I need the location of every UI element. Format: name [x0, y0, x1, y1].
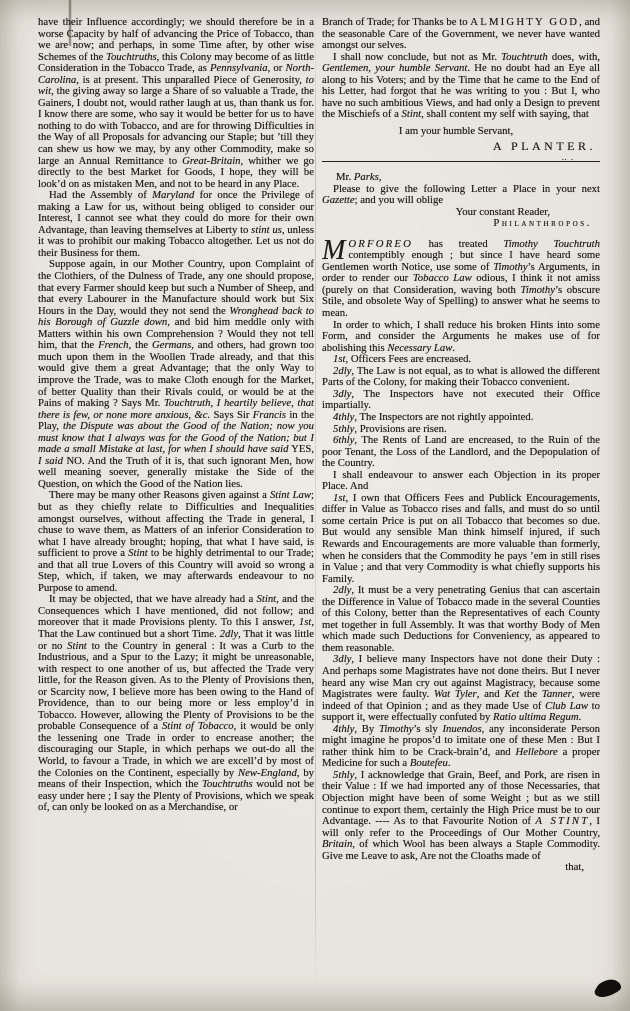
- text-run: 1st: [333, 353, 345, 365]
- text-run: , shall content my self with saying, tha…: [421, 108, 589, 120]
- text-run: Gentlemen, your humble Servant: [322, 62, 467, 74]
- answer-item: 2dly, It must be a very penetrating Geni…: [322, 585, 600, 654]
- text-run: I shall endeavour to answer each Objecti…: [322, 469, 600, 493]
- right-column: Branch of Trade; for Thanks be to ALMIGH…: [322, 17, 600, 997]
- text-run: Hellebore: [515, 746, 557, 758]
- text-run: 5thly: [333, 423, 354, 435]
- text-run: Club Law: [545, 700, 588, 712]
- letter-opening: MORFOREO has treated Timothy Touchtruth …: [322, 239, 600, 320]
- newspaper-page: have their Influence accordingly; we sho…: [0, 0, 630, 1011]
- text-run: does, with,: [548, 51, 600, 63]
- text-run: .: [448, 757, 451, 769]
- text-run: Branch of Trade; for Thanks be to: [322, 17, 470, 28]
- drop-cap: M: [322, 240, 345, 261]
- text-run: Ratio ultima Regum: [493, 711, 579, 723]
- text-run: , or: [268, 62, 286, 74]
- text-run: Stint: [67, 640, 87, 652]
- text-run: .: [452, 342, 455, 354]
- text-run: the: [519, 688, 542, 700]
- text-run: ; and you will oblige: [355, 194, 443, 206]
- text-run: Touchtruth: [501, 51, 548, 63]
- text-run: Great-Britain: [182, 155, 240, 167]
- answer-item: 1st, I own that Officers Fees and Public…: [322, 493, 600, 585]
- text-run: ,: [379, 171, 382, 183]
- text-run: Touchtruth: [164, 397, 211, 409]
- text-run: Timothy Touchtruth: [503, 238, 600, 250]
- text-run: , Officers Fees are encreased.: [345, 353, 471, 365]
- paragraph: I shall now conclude, but not as Mr. Tou…: [322, 52, 600, 121]
- text-run: 1st: [333, 492, 345, 504]
- paragraph: Suppose again, in our Mother Country, up…: [38, 259, 314, 490]
- text-run: stint us: [251, 224, 282, 236]
- closing-salutation: I am your humble Servant,: [322, 126, 590, 138]
- text-run: Britain: [322, 838, 352, 850]
- pseudonym-signature: Philanthropos.: [322, 218, 600, 230]
- text-run: 4thly: [333, 411, 354, 423]
- answer-item: 4thly, By Timothy’s sly Inuendos, any in…: [322, 724, 600, 770]
- text-run: , It must be a very penetrating Genius t…: [322, 584, 600, 654]
- left-column-text: have their Influence accordingly; we sho…: [38, 17, 314, 814]
- column-divider-rule: [315, 10, 316, 1001]
- text-run: Stint: [402, 108, 422, 120]
- section-divider-rule: ‥ .: [322, 161, 600, 162]
- text-run: Pennsylvania: [210, 62, 268, 74]
- text-run: , of which Wool has been always a Staple…: [322, 838, 600, 862]
- paragraph: have their Influence accordingly; we sho…: [38, 17, 314, 190]
- text-run: Necessary Law: [387, 342, 452, 354]
- text-run: New-England: [238, 767, 297, 779]
- text-run: Maryland: [152, 189, 194, 201]
- text-run: 2dly: [333, 584, 351, 596]
- text-run: 1st: [299, 616, 311, 628]
- text-run: NO. And the Truth of it is, that such ig…: [38, 455, 314, 490]
- text-run: ALMIGHTY GOD: [470, 17, 579, 28]
- text-run: 4thly: [333, 723, 354, 735]
- text-run: , The Rents of Land are encreased, to th…: [322, 434, 600, 469]
- paragraph: Please to give the following Letter a Pl…: [322, 184, 600, 207]
- text-run: ’s sly: [413, 723, 442, 735]
- text-run: 3dly: [333, 388, 351, 400]
- text-run: , By: [354, 723, 379, 735]
- text-run: Parks: [354, 171, 379, 183]
- text-run: to the Country in general : It was a Cur…: [38, 640, 314, 733]
- text-run: Says Sir: [210, 409, 253, 421]
- text-run: French: [98, 339, 128, 351]
- text-run: Mr.: [336, 171, 354, 183]
- text-run: 2dly: [220, 628, 238, 640]
- left-column: have their Influence accordingly; we sho…: [38, 17, 314, 997]
- text-run: , The Inspectors have not executed their…: [322, 388, 600, 412]
- text-run: Timothy: [493, 261, 527, 273]
- text-run: Touchtruths: [202, 778, 253, 790]
- text-run: , The Inspectors are not rightly appoint…: [354, 411, 533, 423]
- text-run: ORFOREO: [348, 238, 413, 250]
- text-run: , and: [477, 688, 505, 700]
- text-run: Ket: [504, 688, 519, 700]
- text-run: Had the Assembly of: [49, 189, 152, 201]
- text-run: A STINT: [535, 815, 589, 827]
- text-run: has treated: [413, 238, 503, 250]
- text-run: Stint of Tobacco: [162, 720, 234, 732]
- text-run: , is at present. This unparalled Piece o…: [76, 74, 305, 86]
- text-run: , The Law is not equal, as to what is al…: [322, 365, 600, 389]
- text-run: Your constant Reader,: [456, 206, 550, 218]
- objection-item: 2dly, The Law is not equal, as to what i…: [322, 366, 600, 389]
- text-run: .: [579, 711, 582, 723]
- answer-item: 5thly, I acknowledge that Grain, Beef, a…: [322, 770, 600, 862]
- paragraph: Had the Assembly of Maryland for once th…: [38, 190, 314, 259]
- text-run: 3dly: [333, 653, 351, 665]
- text-run: 6thly: [333, 434, 354, 446]
- paragraph: In order to which, I shall reduce his br…: [322, 320, 600, 355]
- text-run: , Provisions are risen.: [354, 423, 446, 435]
- text-run: Gazette: [322, 194, 355, 206]
- paragraph: It may be objected, that we have already…: [38, 594, 314, 813]
- text-run: Inuendos: [442, 723, 481, 735]
- text-run: Boutefeu: [410, 757, 448, 769]
- paragraph: I shall endeavour to answer each Objecti…: [322, 470, 600, 493]
- objection-item: 3dly, The Inspectors have not executed t…: [322, 389, 600, 412]
- text-run: Stint Law: [270, 489, 311, 501]
- answer-item: 3dly, I believe many Inspectors have not…: [322, 654, 600, 723]
- text-run: I shall now conclude, but not as Mr.: [333, 51, 501, 63]
- text-run: Francis: [253, 409, 286, 421]
- text-run: Timothy: [379, 723, 413, 735]
- text-run: I said: [38, 455, 63, 467]
- text-run: I am your humble Servant,: [399, 125, 513, 137]
- catchword: that,: [322, 862, 600, 874]
- text-run: It may be objected, that we have already…: [49, 593, 257, 605]
- text-run: Germans: [152, 339, 191, 351]
- signature: A PLANTER.: [322, 141, 600, 153]
- text-run: the Dispute was about the Good of the Na…: [38, 420, 314, 455]
- objection-item: 6thly, The Rents of Land are encreased, …: [322, 435, 600, 470]
- text-run: 5thly: [333, 769, 354, 781]
- text-run: A PLANTER.: [493, 139, 596, 153]
- text-run: YES,: [288, 443, 314, 455]
- text-run: Stint: [128, 547, 148, 559]
- text-run: , the: [129, 339, 153, 351]
- text-run: , I own that Officers Fees and Publick E…: [322, 492, 600, 585]
- text-run: There may be many other Reasons given ag…: [49, 489, 270, 501]
- text-run: In order to which, I shall reduce his br…: [322, 319, 600, 354]
- text-run: Stint: [257, 593, 277, 605]
- text-run: Please to give the following Letter a Pl…: [333, 183, 600, 195]
- text-run: 2dly: [333, 365, 351, 377]
- paragraph: There may be many other Reasons given ag…: [38, 490, 314, 594]
- text-run: Wat Tyler: [434, 688, 477, 700]
- text-run: Timothy: [521, 284, 555, 296]
- right-column-text: Branch of Trade; for Thanks be to ALMIGH…: [322, 17, 600, 862]
- paragraph: Branch of Trade; for Thanks be to ALMIGH…: [322, 17, 600, 52]
- text-run: Tanner: [542, 688, 572, 700]
- text-run: Touchtruths: [106, 51, 157, 63]
- text-run: Tobacco Law: [413, 272, 472, 284]
- text-run: Philanthropos.: [493, 217, 592, 229]
- rule-end-mark: ‥ .: [562, 152, 574, 164]
